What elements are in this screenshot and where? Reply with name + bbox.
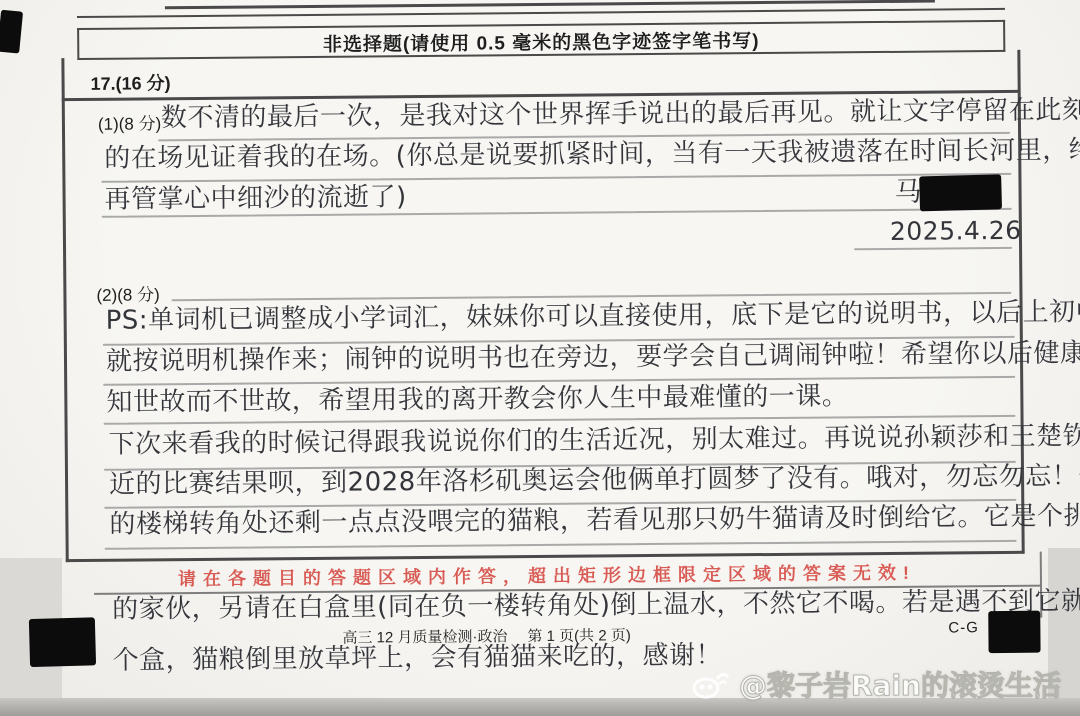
- section-header-title: 非选择题(请使用 0.5 毫米的黑色字迹签字笔书写): [77, 24, 1005, 59]
- handwriting-line: 下次来看我的时候记得跟我说说你们的生活近况，别太难过。再说说孙颖莎和王楚钦最: [109, 422, 1080, 459]
- sheet-top-edge-line: [165, 0, 935, 9]
- exam-sheet-photo: 非选择题(请使用 0.5 毫米的黑色字迹签字笔书写) 17.(16 分) (1)…: [0, 0, 1080, 716]
- watermark: @黎子岩Rain的滚烫生活: [690, 664, 1061, 704]
- redaction-box-bottom-right: [988, 611, 1040, 653]
- answer-sheet: 非选择题(请使用 0.5 毫米的黑色字迹签字笔书写) 17.(16 分) (1)…: [0, 0, 1080, 716]
- signature-redaction-box: [919, 174, 1002, 211]
- handwriting-line: 知世故而不世故，希望用我的离开教会你人生中最难懂的一课。: [106, 382, 848, 417]
- handwriting-line: 数不清的最后一次，是我对这个世界挥手说出的最后再见。就让文字停留在此刻吧，用它: [161, 95, 1080, 133]
- handwriting-line: 再管掌心中细沙的流逝了): [104, 183, 406, 214]
- rule-line: [101, 173, 1011, 183]
- part1-label: (1)(8 分): [98, 109, 161, 135]
- frame-line: [77, 8, 1005, 18]
- handwriting-line: 的在场见证着我的在场。(你总是说要抓紧时间，当有一天我被遗落在时间长河里，终于可…: [104, 135, 1080, 173]
- signature: 马: [894, 178, 922, 208]
- answer-box-left-border: [61, 58, 68, 562]
- rule-line: [854, 247, 1012, 250]
- date-handwritten: 2025.4.26: [890, 217, 1022, 246]
- redaction-box-bottom-left: [29, 617, 96, 667]
- footer-code: C-G: [948, 619, 979, 636]
- part2-label: (2)(8 分): [96, 280, 159, 306]
- redaction-mark-top-left: [0, 10, 23, 54]
- handwriting-line: PS:单词机已调整成小学词汇，妹妹你可以直接使用，底下是它的说明书，以后上初中要…: [106, 297, 1080, 335]
- handwriting-line: 的楼梯转角处还剩一点点没喂完的猫粮，若看见那只奶牛猫请及时倒给它。它是个挑嘴: [109, 502, 1080, 539]
- weibo-icon: [690, 667, 730, 701]
- watermark-text: @黎子岩Rain的滚烫生活: [739, 664, 1061, 704]
- question-number: 17.(16 分): [90, 69, 170, 96]
- rule-line: [105, 540, 1017, 550]
- handwriting-line: 个盒，猫粮倒里放草坪上，会有猫猫来吃的，感谢！: [113, 641, 723, 675]
